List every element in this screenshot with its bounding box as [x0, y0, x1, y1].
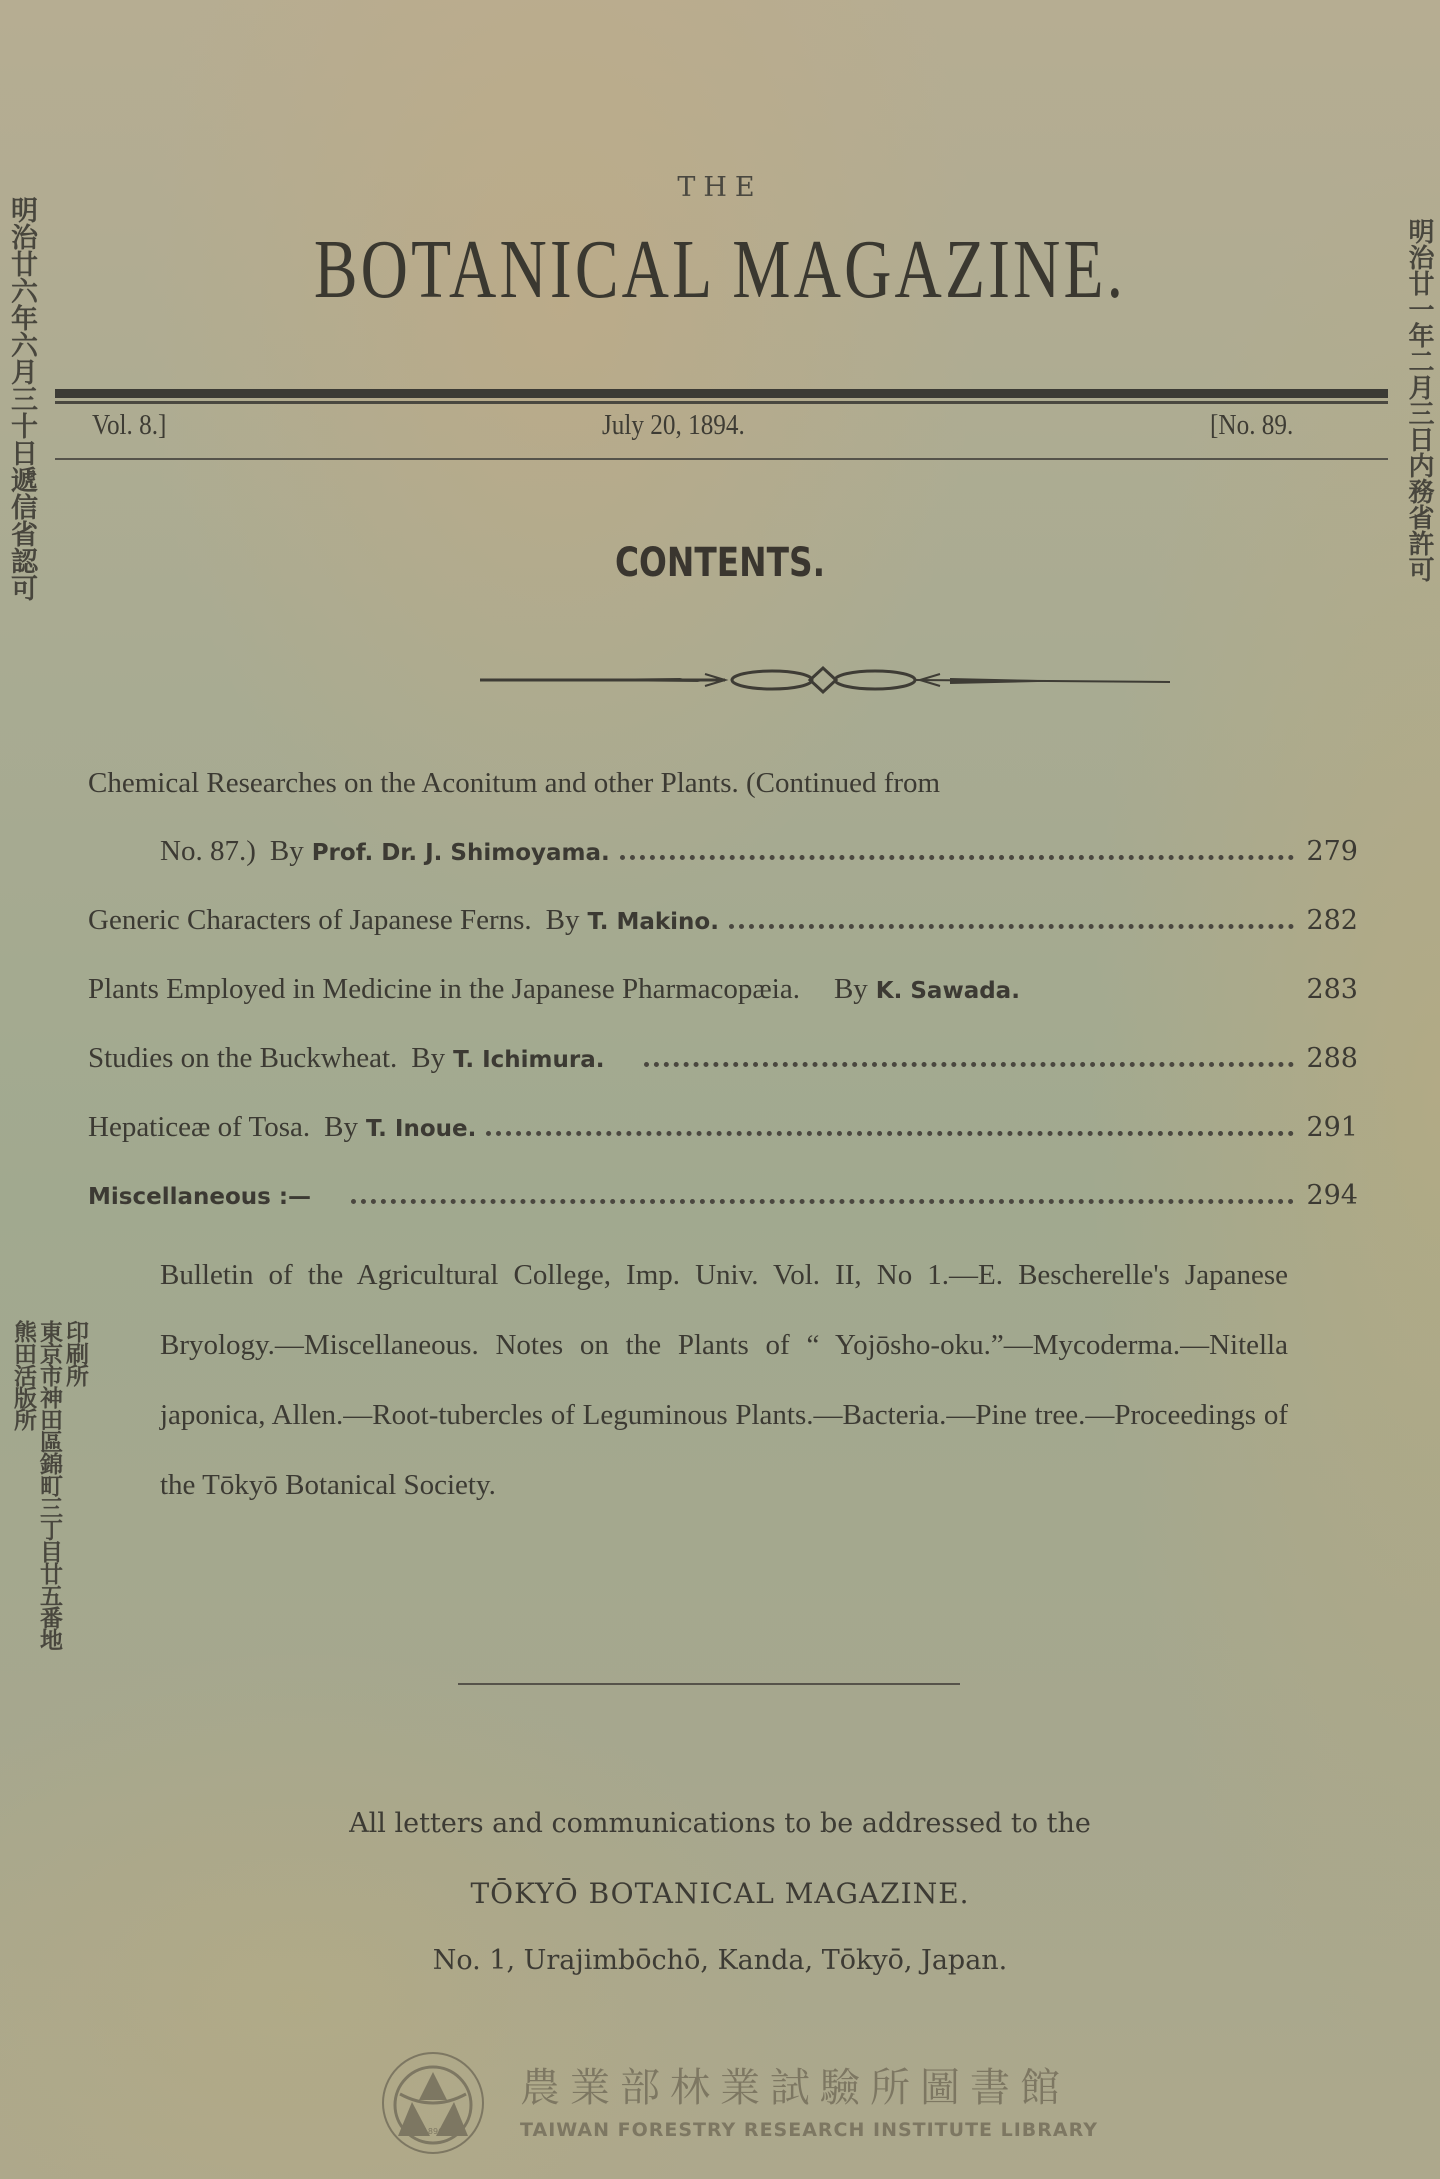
issue-number: [No. 89. [1210, 410, 1293, 442]
printer-label: 印刷所 [62, 1320, 88, 1386]
toc-entry: Plants Employed in Medicine in the Japan… [88, 964, 1358, 1033]
svg-text:1896: 1896 [423, 2127, 443, 2136]
toc-entry-continued: No. 87.) By Prof. Dr. J. Shimoyama. 279 [88, 826, 1358, 895]
library-name-english: TAIWAN FORESTRY RESEARCH INSTITUTE LIBRA… [520, 2119, 1098, 2141]
toc-page-number: 288 [1302, 1034, 1358, 1084]
masthead-rule-bottom [55, 458, 1388, 460]
table-of-contents: Chemical Researches on the Aconitum and … [88, 758, 1358, 1240]
toc-by: By [270, 826, 304, 876]
toc-page-number: 291 [1302, 1103, 1358, 1153]
toc-author: Prof. Dr. J. Shimoyama. [312, 828, 610, 878]
printer-address: 東京市神田區錦町三丁目廿五番地 [36, 1320, 62, 1650]
toc-author: T. Ichimura. [453, 1035, 604, 1085]
toc-entry-title: Generic Characters of Japanese Ferns. [88, 895, 532, 945]
dot-leader [351, 1199, 1294, 1204]
toc-author: T. Makino. [588, 897, 719, 947]
toc-entry-title: Studies on the Buckwheat. [88, 1033, 397, 1083]
toc-page-number: 282 [1302, 896, 1358, 946]
masthead-rule-thin [55, 401, 1388, 404]
toc-entry: Generic Characters of Japanese Ferns. By… [88, 895, 1358, 964]
toc-entry-title: Hepaticeæ of Tosa. [88, 1102, 310, 1152]
toc-page-number: 283 [1302, 965, 1358, 1015]
footer-address: No. 1, Urajimbōchō, Kanda, Tōkyō, Japan. [0, 1945, 1440, 1976]
volume-label: Vol. 8.] [92, 410, 166, 442]
library-seal-icon: 1896 [380, 2050, 486, 2156]
toc-by: By [324, 1102, 358, 1152]
section-divider [458, 1683, 960, 1685]
issue-date: July 20, 1894. [602, 410, 745, 442]
toc-by: By [411, 1033, 445, 1083]
library-name-chinese: 農業部林業試驗所圖書館 [520, 2065, 1098, 2111]
toc-entry-title: No. 87.) [160, 826, 256, 876]
toc-entry-miscellaneous: Miscellaneous :— 294 [88, 1171, 1358, 1240]
toc-page-number: 279 [1302, 827, 1358, 877]
toc-entry-title: Chemical Researches on the Aconitum and … [88, 758, 940, 808]
toc-entry: Studies on the Buckwheat. By T. Ichimura… [88, 1033, 1358, 1102]
toc-page-number: 294 [1302, 1171, 1358, 1221]
dot-leader [729, 924, 1294, 929]
miscellaneous-summary: Bulletin of the Agricultural College, Im… [160, 1240, 1288, 1520]
toc-author: T. Inoue. [366, 1104, 476, 1154]
printer-name: 熊田活版所 [10, 1320, 36, 1430]
side-permit-text-left: 明治廿六年六月三十日遞信省認可 [6, 196, 36, 601]
toc-entry: Chemical Researches on the Aconitum and … [88, 758, 1358, 826]
toc-entry: Hepaticeæ of Tosa. By T. Inoue. 291 [88, 1102, 1358, 1171]
toc-entry-title: Miscellaneous :— [88, 1172, 311, 1222]
miscellaneous-text: Bulletin of the Agricultural College, Im… [160, 1240, 1288, 1520]
side-permit-text-right: 明治廿一年二月三日内務省許可 [1404, 218, 1434, 582]
magazine-title: BOTANICAL MAGAZINE. [158, 228, 1281, 312]
masthead-the: THE [0, 172, 1440, 203]
footer-instruction: All letters and communications to be add… [0, 1808, 1440, 1839]
toc-by: By [834, 964, 868, 1014]
contents-heading: CONTENTS. [130, 540, 1311, 586]
dot-leader [486, 1131, 1294, 1136]
toc-by: By [546, 895, 580, 945]
toc-author: K. Sawada. [876, 966, 1020, 1016]
side-printer-text: 印刷所東京市神田區錦町三丁目廿五番地熊田活版所 [10, 1320, 88, 1650]
toc-entry-title: Plants Employed in Medicine in the Japan… [88, 964, 800, 1014]
dot-leader [620, 855, 1294, 860]
dot-leader [644, 1062, 1294, 1067]
masthead-rule-thick [55, 389, 1388, 398]
library-watermark: 1896 農業部林業試驗所圖書館 TAIWAN FORESTRY RESEARC… [380, 2050, 1098, 2156]
footer-publisher: TŌKYŌ BOTANICAL MAGAZINE. [0, 1877, 1440, 1910]
ornament-divider-icon [480, 660, 1180, 704]
